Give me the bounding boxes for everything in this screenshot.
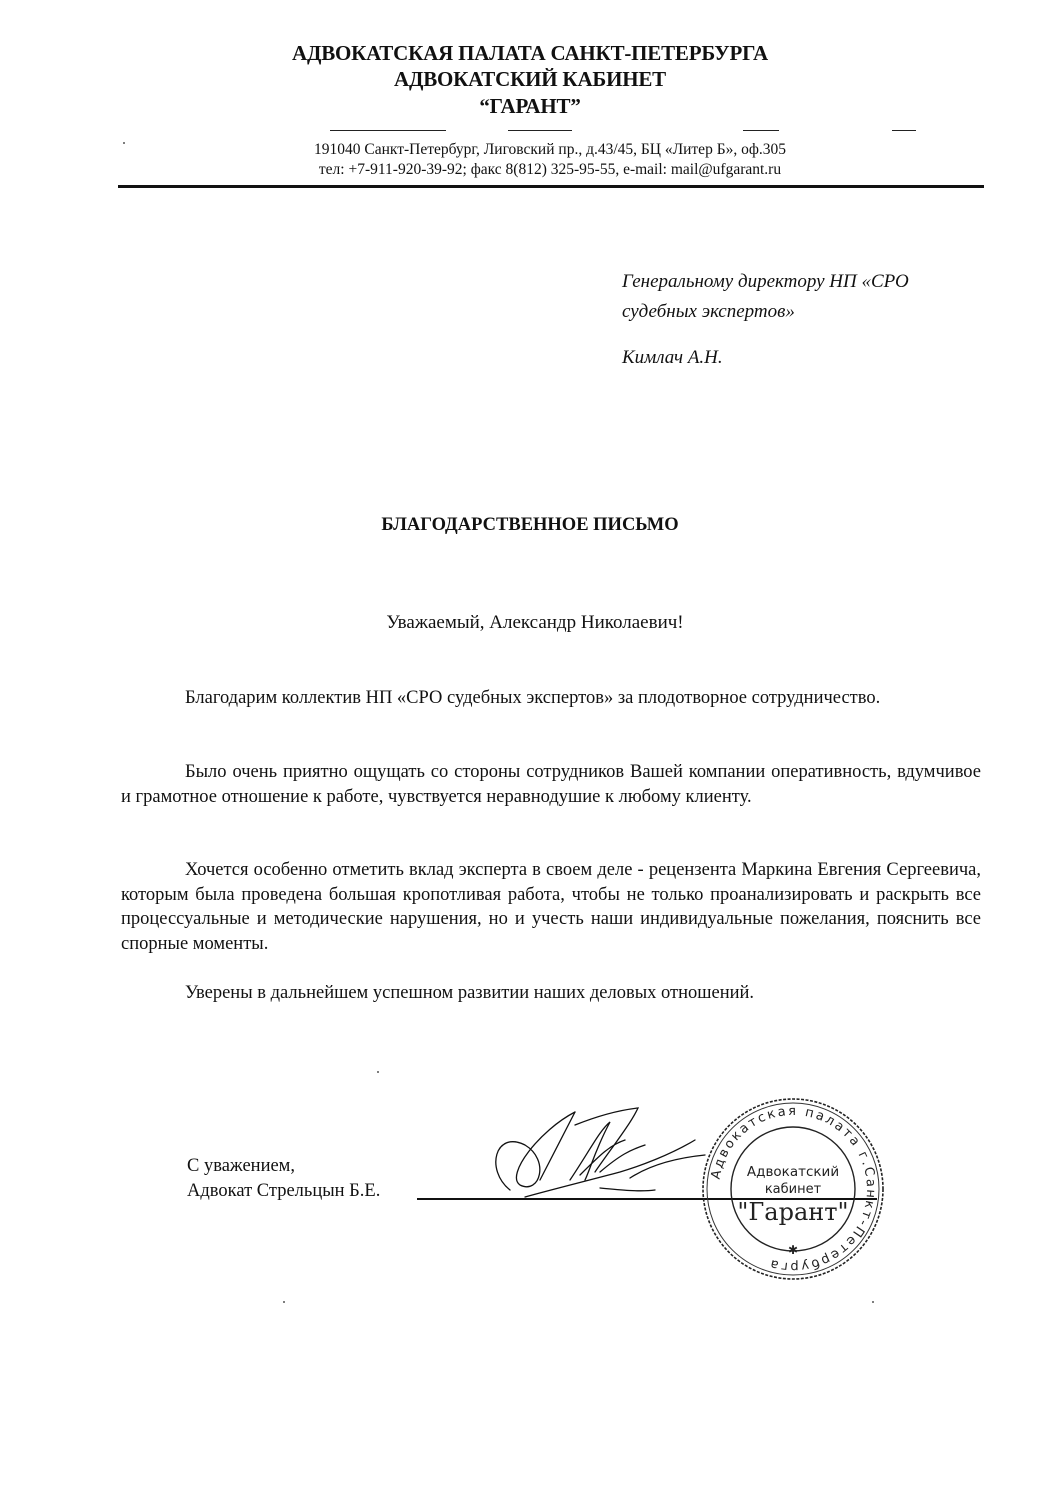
letterhead-chamber: АДВОКАТСКАЯ ПАЛАТА САНКТ-ПЕТЕРБУРГА <box>0 41 1060 66</box>
addressee-position-line2: судебных экспертов» <box>622 297 795 327</box>
closing-signer: Адвокат Стрельцын Б.Е. <box>187 1179 380 1203</box>
scan-speck <box>123 142 125 144</box>
body-paragraph: Уверены в дальнейшем успешном развитии н… <box>121 981 981 1006</box>
letterhead-firm-name: “ГАРАНТ” <box>0 94 1060 119</box>
stamp-center-line1: Адвокатский <box>747 1164 839 1180</box>
body-paragraph: Хочется особенно отметить вклад эксперта… <box>121 858 981 956</box>
official-stamp: Адвокатская палата г.Санкт-Петербурга ✱ … <box>700 1096 886 1282</box>
stamp-center-line3: "Гарант" <box>737 1198 848 1226</box>
letterhead-office: АДВОКАТСКИЙ КАБИНЕТ <box>0 67 1060 92</box>
body-paragraph: Было очень приятно ощущать со стороны со… <box>121 760 981 809</box>
closing-regards: С уважением, <box>187 1154 295 1178</box>
salutation: Уважаемый, Александр Николаевич! <box>0 612 1060 634</box>
scan-speck <box>377 1071 379 1073</box>
body-paragraph: Благодарим коллектив НП «СРО судебных эк… <box>121 686 981 711</box>
scan-speck <box>283 1301 285 1303</box>
letterhead-contacts: тел: +7-911-920-39-92; факс 8(812) 325-9… <box>0 160 1060 180</box>
stamp-center-line2: кабинет <box>765 1182 822 1197</box>
document-title: БЛАГОДАРСТВЕННОЕ ПИСЬМО <box>0 515 1060 536</box>
letterhead-address: 191040 Санкт-Петербург, Лиговский пр., д… <box>0 140 1060 160</box>
handwritten-signature <box>480 1100 720 1200</box>
scan-speck <box>872 1301 874 1303</box>
svg-text:✱: ✱ <box>788 1243 798 1257</box>
addressee-name: Кимлач А.Н. <box>622 343 723 373</box>
letterhead-rule <box>118 185 984 188</box>
addressee-position-line1: Генеральному директору НП «СРО <box>622 267 909 297</box>
